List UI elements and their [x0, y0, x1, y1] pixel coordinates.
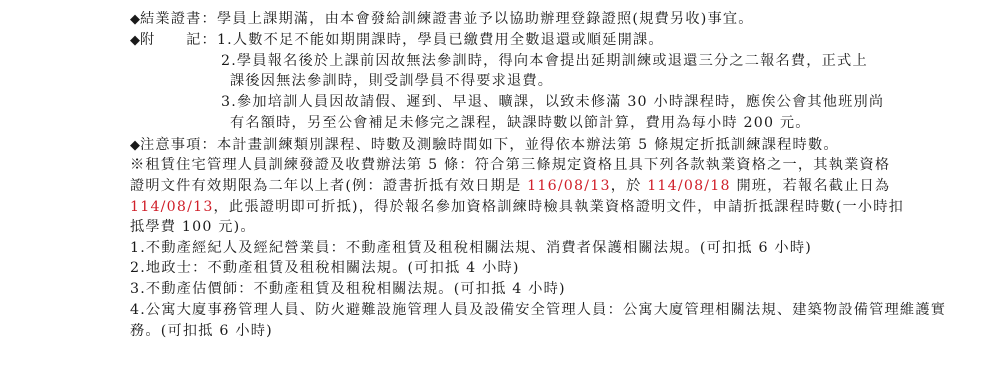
notes-item-3-line-1: 3.參加培訓人員因故請假、遲到、早退、曠課，以致未修滿 30 小時課程時，應俟公… [221, 92, 884, 112]
notes-item-2-line-1: 2.學員報名後於上課前因故無法參訓時，得向本會提出延期訓練或退還三分之二報名費，… [221, 51, 868, 71]
rule-line-2-text: 開班，若報名截止日為 [731, 178, 891, 194]
notes-item-3-line-2: 有名額時，另至公會補足未修完之課程，缺課時數以節計算，費用為每小時 200 元。 [230, 113, 811, 133]
notes-item-2-line-2: 課後因無法參訓時，則受訓學員不得要求退費。 [230, 71, 553, 91]
notes-item-1: ◆附 記：1.人數不足不能如期開課時，學員已繳費用全數退還或順延開課。 [130, 30, 664, 51]
certificate-text: 學員上課期滿，由本會發給訓練證書並予以協助辦理登錄證照(規費另收)事宜。 [217, 11, 754, 27]
rule-line-3-text: ，此張證明即可折抵)，得於報名參加資格訓練時檢具執業資格證明文件，申請折抵課程時… [214, 199, 905, 215]
exemption-item-3: 3.不動產估價師：不動產租賃及租稅相關法規。(可扣抵 4 小時) [130, 279, 566, 299]
attention-label: 注意事項： [140, 137, 217, 153]
exemption-item-4-line-2: 務。(可扣抵 6 小時) [130, 321, 273, 341]
diamond-bullet-icon: ◆ [130, 33, 140, 48]
rule-line-2: 證明文件有效期限為二年以上者(例：證書折抵有效日期是 116/08/13，於 1… [130, 176, 890, 196]
certificate-label: 結業證書： [140, 11, 217, 27]
registration-deadline-date: 114/08/13 [130, 199, 214, 215]
rule-line-3: 114/08/13，此張證明即可折抵)，得於報名參加資格訓練時檢具執業資格證明文… [130, 197, 904, 217]
rule-line-2-text: ，於 [611, 178, 648, 194]
exemption-item-4-line-1: 4.公寓大廈事務管理人員、防火避難設施管理人員及設備安全管理人員：公寓大廈管理相… [130, 300, 946, 320]
expiry-date: 116/08/13 [527, 178, 611, 194]
attention-paragraph: ◆注意事項：本計畫訓練類別課程、時數及測驗時間如下，並得依本辦法第 5 條規定折… [130, 135, 839, 156]
notes-label: 附 記： [140, 32, 217, 48]
notes-item-text: 1.人數不足不能如期開課時，學員已繳費用全數退還或順延開課。 [217, 32, 664, 48]
certificate-paragraph: ◆結業證書：學員上課期滿，由本會發給訓練證書並予以協助辦理登錄證照(規費另收)事… [130, 9, 754, 30]
attention-text: 本計畫訓練類別課程、時數及測驗時間如下，並得依本辦法第 5 條規定折抵訓練課程時… [217, 137, 839, 153]
class-start-date: 114/08/18 [647, 178, 731, 194]
exemption-item-1: 1.不動產經紀人及經紀營業員：不動產租賃及租稅相關法規、消費者保護相關法規。(可… [130, 238, 812, 258]
diamond-bullet-icon: ◆ [130, 12, 140, 27]
rule-line-1: ※租賃住宅管理人員訓練發證及收費辦法第 5 條：符合第三條規定資格且具下列各款執… [130, 155, 890, 175]
rule-line-2-text: 證明文件有效期限為二年以上者(例：證書折抵有效日期是 [130, 178, 527, 194]
exemption-item-2: 2.地政士：不動產租賃及租稅相關法規。(可扣抵 4 小時) [130, 258, 520, 278]
diamond-bullet-icon: ◆ [130, 138, 140, 153]
rule-line-4: 抵學費 100 元)。 [130, 217, 256, 237]
